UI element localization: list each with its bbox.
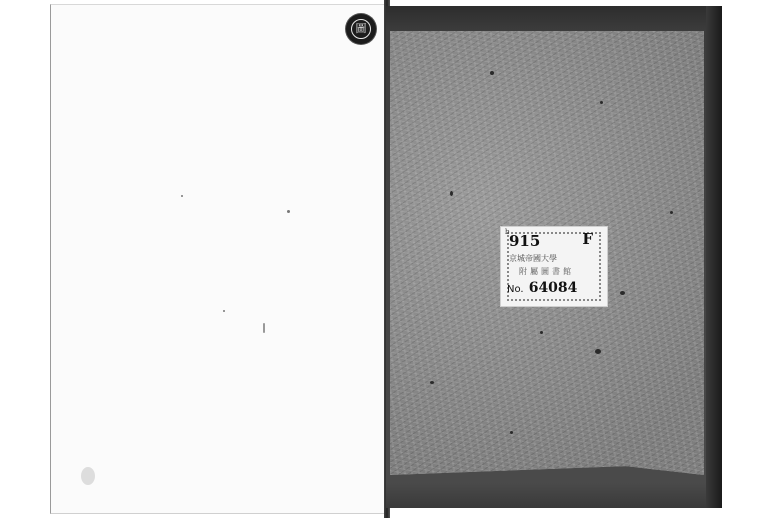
accession-row: No. 64084 [507,277,577,296]
paper-fleck [510,431,513,434]
paper-speck [263,323,265,333]
call-number: 915 [509,232,540,250]
library-seal-icon: 圖 [351,19,371,39]
paper-fleck [450,191,453,196]
paper-speck [181,195,183,197]
accession-prefix: No. [507,284,524,295]
paper-fleck [540,331,543,334]
paper-fleck [670,211,673,214]
paper-fleck [595,349,601,354]
paper-fleck [620,291,625,295]
paper-speck [287,210,290,213]
library-name-line-2: 附屬圖書館 [519,266,574,277]
accession-number: 64084 [529,280,578,296]
paper-fleck [600,101,603,104]
paper-stain [81,467,95,485]
paper-fleck [490,71,494,75]
class-letter: F [582,230,593,248]
library-name-line-1: 京城帝國大學 [509,253,557,264]
library-call-number-label: b 915 F 京城帝國大學 附屬圖書館 No. 64084 [501,227,607,306]
paper-speck [223,310,225,312]
paper-fleck [430,381,434,384]
left-flyleaf-page [50,4,385,514]
library-seal-stamp: 圖 [346,14,376,44]
